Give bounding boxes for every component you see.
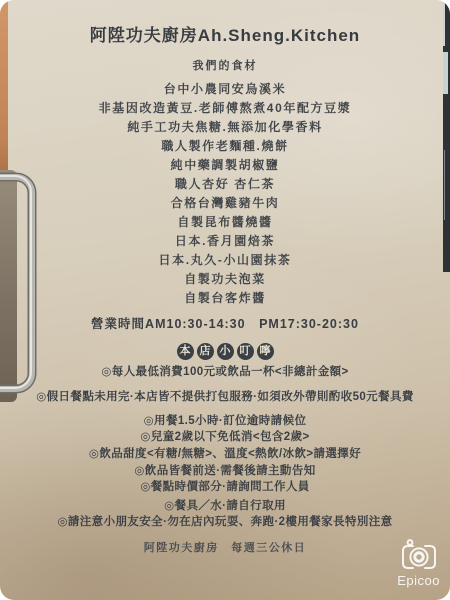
badge-char: 小 <box>217 343 234 360</box>
ingredient-line: 台中小農同安烏溪米 <box>0 80 450 99</box>
ingredient-line: 自製台客炸醬 <box>0 289 450 308</box>
notice-line: ◎請注意小朋友安全·勿在店內玩耍、奔跑·2樓用餐家長特別注意 <box>8 514 442 530</box>
menu-sheet: 阿陞功夫廚房Ah.Sheng.Kitchen 我們的食材 台中小農同安烏溪米 非… <box>0 0 450 600</box>
notice-line: ◎飲品皆餐前送·需餐後請主動告知 <box>8 463 442 479</box>
notice-line: ◎飲品甜度<有糖/無糖>、溫度<熱飲/冰飲>請選擇好 <box>8 446 442 462</box>
badge-char: 店 <box>197 343 214 360</box>
notices-list: ◎每人最低消費100元或飲品一杯<非總計金額> ◎假日餐點未用完·本店皆不提供打… <box>8 364 442 530</box>
notice-line: ◎每人最低消費100元或飲品一杯<非總計金額> <box>8 364 442 380</box>
notice-badge: 本 店 小 叮 嚀 <box>0 343 450 360</box>
camera-icon <box>399 538 439 571</box>
restaurant-title: 阿陞功夫廚房Ah.Sheng.Kitchen <box>0 24 450 48</box>
badge-char: 嚀 <box>257 343 274 360</box>
watermark-label: Epicoo <box>397 573 440 588</box>
ingredient-line: 純中藥調製胡椒鹽 <box>0 156 450 175</box>
ingredient-line: 自製昆布醬燒醬 <box>0 213 450 232</box>
ingredient-line: 日本.丸久-小山園抹茶 <box>0 251 450 270</box>
watermark: Epicoo <box>397 538 440 588</box>
menu-photo: 阿陞功夫廚房Ah.Sheng.Kitchen 我們的食材 台中小農同安烏溪米 非… <box>0 0 450 600</box>
ingredients-heading: 我們的食材 <box>0 58 450 74</box>
ingredient-line: 自製功夫泡菜 <box>0 270 450 289</box>
notice-line: ◎餐具／水·請自行取用 <box>8 498 442 514</box>
ingredient-line: 日本.香月園焙茶 <box>0 232 450 251</box>
ingredient-line: 職人製作老麵種.燒餅 <box>0 137 450 156</box>
notice-line: ◎餐點時價部分·請詢問工作人員 <box>8 479 442 495</box>
business-hours: 營業時間AM10:30-14:30 PM17:30-20:30 <box>0 316 450 332</box>
ingredients-list: 台中小農同安烏溪米 非基因改造黃豆.老師傅熬煮40年配方豆漿 純手工功夫焦糖.無… <box>0 80 450 308</box>
badge-char: 叮 <box>237 343 254 360</box>
ingredient-line: 純手工功夫焦糖.無添加化學香料 <box>0 118 450 137</box>
ingredient-line: 合格台灣雞豬牛肉 <box>0 194 450 213</box>
closed-day-note: 阿陞功夫廚房 每週三公休日 <box>0 540 450 556</box>
notice-line: ◎兒童2歲以下免低消<包含2歲> <box>8 429 442 445</box>
ingredient-line: 職人杏好 杏仁茶 <box>0 175 450 194</box>
notice-line: ◎用餐1.5小時·訂位逾時請候位 <box>8 413 442 429</box>
ingredient-line: 非基因改造黃豆.老師傅熬煮40年配方豆漿 <box>0 99 450 118</box>
badge-char: 本 <box>177 343 194 360</box>
notice-line: ◎假日餐點未用完·本店皆不提供打包服務·如須改外帶則酌收50元餐具費 <box>8 389 442 405</box>
